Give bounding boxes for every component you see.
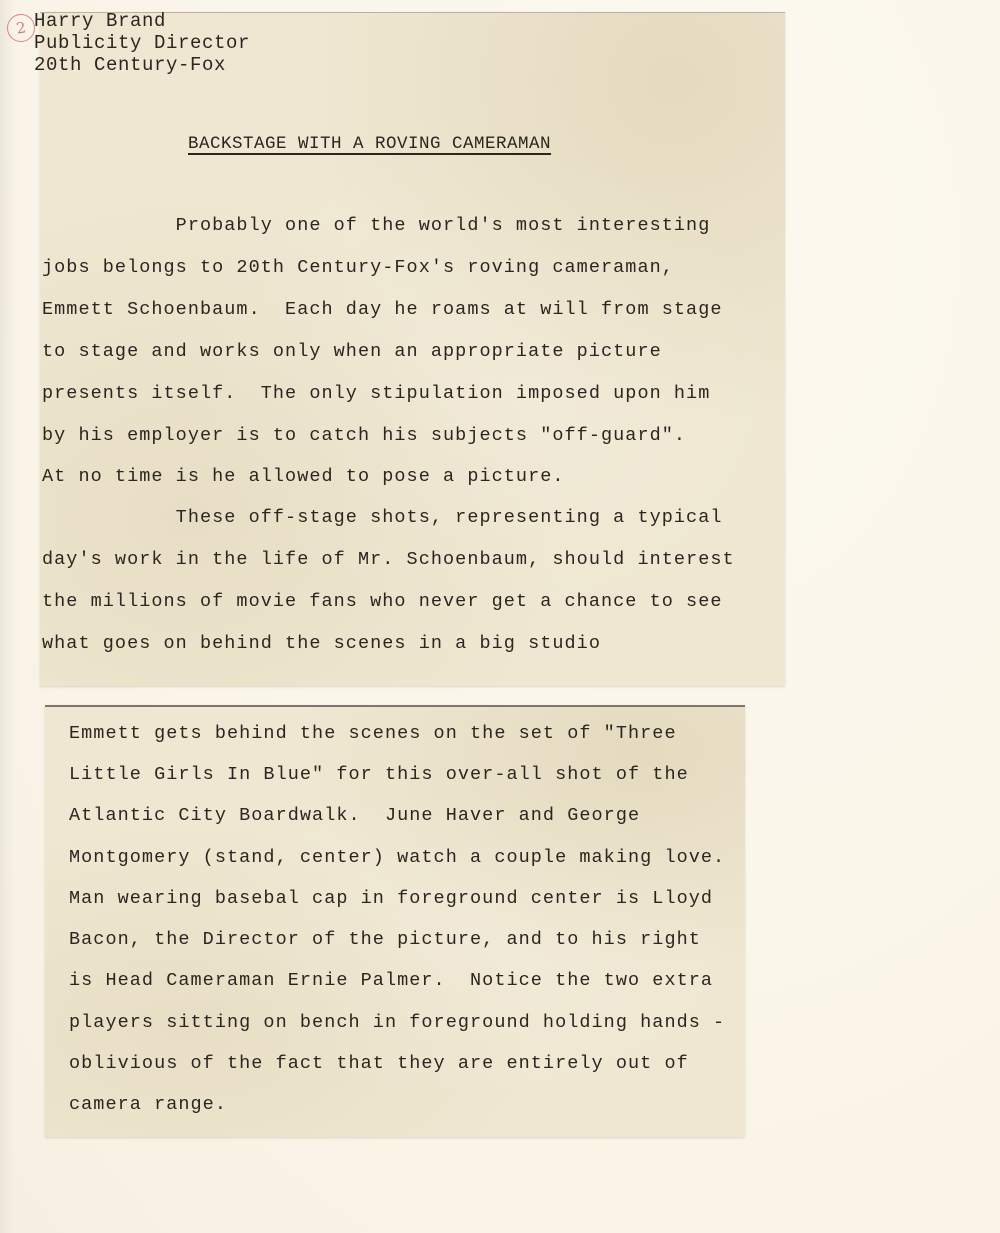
paragraph-line: the millions of movie fans who never get… — [42, 591, 723, 612]
letterhead-name: Harry Brand — [34, 10, 166, 32]
paragraph-line: These off-stage shots, representing a ty… — [42, 507, 723, 528]
paragraph-line: to stage and works only when an appropri… — [42, 341, 662, 362]
backing-sheet-edge — [0, 0, 14, 1233]
letterhead-position: Publicity Director — [34, 32, 250, 54]
caption-line: Bacon, the Director of the picture, and … — [69, 929, 701, 950]
caption-line: Atlantic City Boardwalk. June Haver and … — [69, 805, 640, 826]
paragraph-line: jobs belongs to 20th Century-Fox's rovin… — [42, 257, 674, 278]
press-release-clipping: Harry Brand Publicity Director 20th Cent… — [40, 12, 785, 686]
photo-caption-clipping: Emmett gets behind the scenes on the set… — [45, 705, 745, 1137]
caption-line: Little Girls In Blue" for this over-all … — [69, 764, 689, 785]
letterhead-company: 20th Century-Fox — [34, 54, 226, 76]
paragraph-line: what goes on behind the scenes in a big … — [42, 633, 601, 654]
caption-line: Emmett gets behind the scenes on the set… — [69, 723, 677, 744]
caption-line: oblivious of the fact that they are enti… — [69, 1053, 689, 1074]
paragraph-line: At no time is he allowed to pose a pictu… — [42, 466, 565, 487]
paragraph-line: day's work in the life of Mr. Schoenbaum… — [42, 549, 735, 570]
caption-line: is Head Cameraman Ernie Palmer. Notice t… — [69, 970, 713, 991]
caption-line: Man wearing basebal cap in foreground ce… — [69, 888, 713, 909]
caption-line: Montgomery (stand, center) watch a coupl… — [69, 847, 725, 868]
caption-line: camera range. — [69, 1094, 227, 1115]
paragraph-line: Emmett Schoenbaum. Each day he roams at … — [42, 299, 723, 320]
paragraph-line: Probably one of the world's most interes… — [42, 215, 710, 236]
caption-line: players sitting on bench in foreground h… — [69, 1012, 725, 1033]
paragraph-line: by his employer is to catch his subjects… — [42, 425, 686, 446]
paragraph-line: presents itself. The only stipulation im… — [42, 383, 710, 404]
article-title: BACKSTAGE WITH A ROVING CAMERAMAN — [188, 134, 551, 154]
